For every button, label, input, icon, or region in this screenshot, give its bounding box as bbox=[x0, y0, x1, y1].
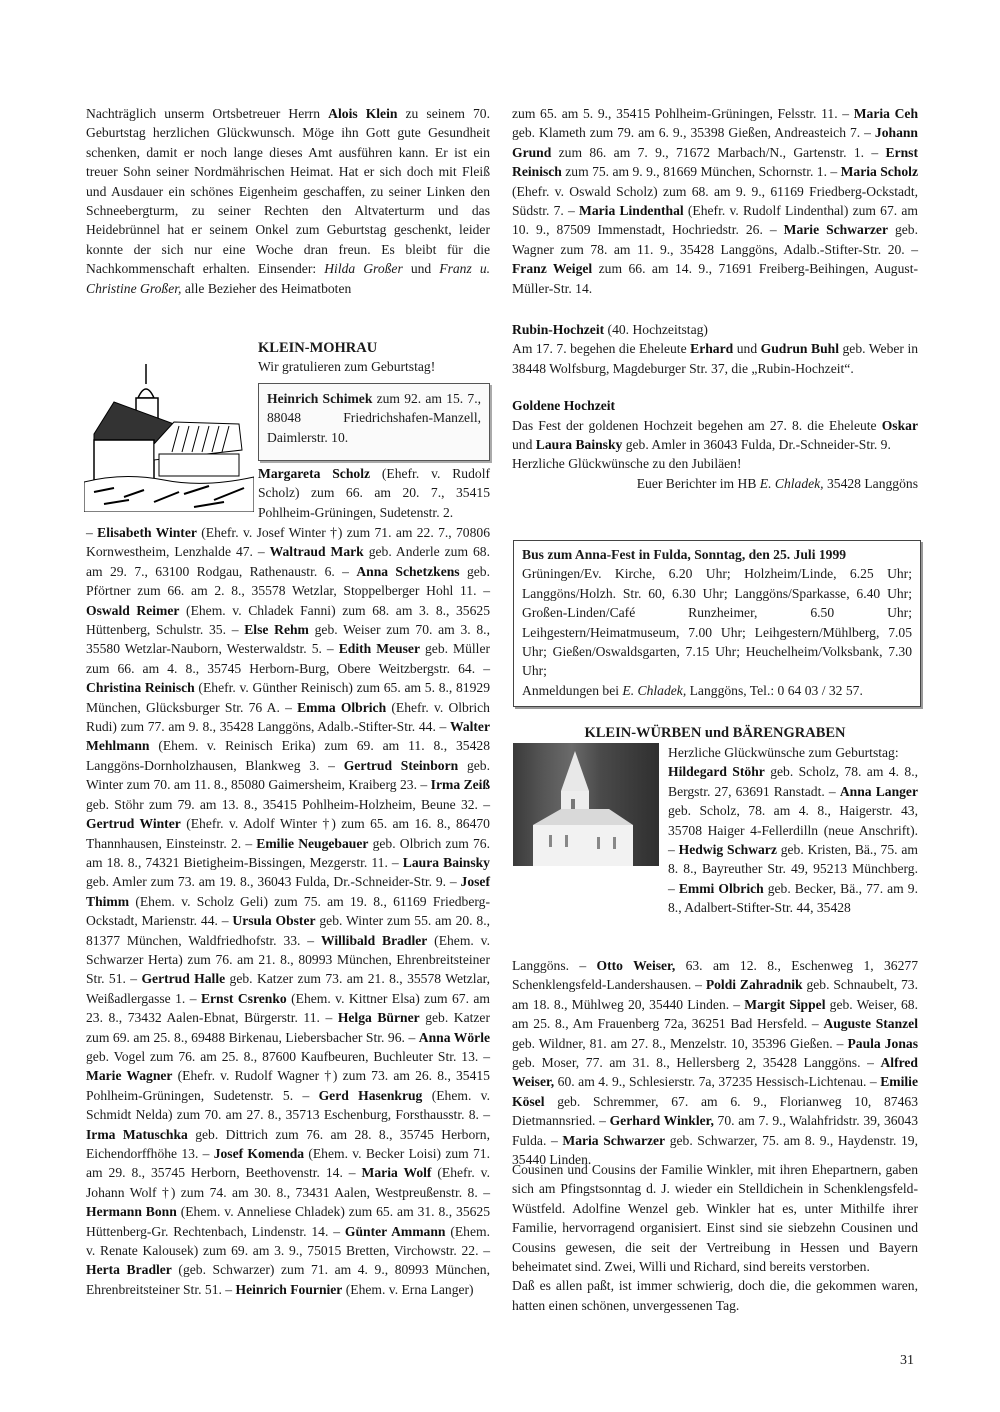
person-name: Günter Ammann bbox=[345, 1224, 446, 1239]
rubin-heading: Rubin-Hochzeit bbox=[512, 322, 604, 337]
person-name: Erhard bbox=[690, 341, 733, 356]
person-name: Christina Reinisch bbox=[86, 680, 195, 695]
registration-text: Anmeldungen bei bbox=[522, 683, 622, 698]
person-name: Anna Schetzkens bbox=[356, 564, 459, 579]
person-name: Paula Jonas bbox=[848, 1036, 919, 1051]
birthday-list-continued: zum 65. am 5. 9., 35415 Pohlheim-Grüning… bbox=[512, 104, 918, 298]
rubin-paragraph: Rubin-Hochzeit (40. Hochzeitstag) Am 17.… bbox=[512, 320, 918, 378]
person-name: Gudrun Buhl bbox=[761, 341, 839, 356]
person-name: Heinrich Schimek bbox=[267, 391, 372, 406]
bus-title: Bus zum Anna-Fest in Fulda, Sonntag, den… bbox=[522, 547, 846, 562]
person-name: Irma Matuschka bbox=[86, 1127, 188, 1142]
person-name: Ernst Csrenko bbox=[201, 991, 287, 1006]
section-heading-klein-wuerben: KLEIN-WÜRBEN und BÄRENGRABEN bbox=[512, 725, 918, 742]
person-name: Oswald Reimer bbox=[86, 603, 179, 618]
rubin-heading-suffix: (40. Hochzeitstag) bbox=[604, 322, 708, 337]
person-name: Maria Schwarzer bbox=[562, 1133, 665, 1148]
entry-text: Langgöns. – bbox=[512, 958, 597, 973]
conjunction: und bbox=[512, 437, 536, 452]
person-name: Maria Ceh bbox=[854, 106, 918, 121]
entry-text: geb. Klameth zum 79. am 6. 9., 35398 Gie… bbox=[512, 125, 875, 140]
section-heading-klein-mohrau: KLEIN-MOHRAU bbox=[258, 340, 418, 357]
person-name: Laura Bainsky bbox=[536, 437, 623, 452]
signoff-text: 35428 Langgöns bbox=[824, 476, 918, 491]
person-name: Gertrud Halle bbox=[141, 971, 225, 986]
registration-text: Langgöns, Tel.: 0 64 03 / 32 57. bbox=[686, 683, 863, 698]
birthday-list-klein-mohrau: – Elisabeth Winter (Ehefr. v. Josef Wint… bbox=[86, 523, 490, 1299]
person-name: Hedwig Schwarz bbox=[679, 842, 777, 857]
bus-announcement-box: Bus zum Anna-Fest in Fulda, Sonntag, den… bbox=[513, 540, 921, 707]
person-name: Edith Meuser bbox=[339, 641, 420, 656]
dash: – bbox=[86, 525, 97, 540]
person-name: Else Rehm bbox=[244, 622, 309, 637]
signoff: Euer Berichter im HB E. Chladek, 35428 L… bbox=[512, 474, 918, 493]
entry-text: zum 75. am 9. 9., 81669 München, Schorns… bbox=[562, 164, 841, 179]
cousins-text: Cousinen und Cousins der Familie Winkler… bbox=[512, 1160, 918, 1276]
person-name: Emmi Olbrich bbox=[679, 881, 764, 896]
greeting-text: Herzliche Glückwünsche zum Geburtstag: bbox=[668, 745, 899, 760]
golden-heading: Goldene Hochzeit bbox=[512, 398, 615, 413]
person-name: Gertrud Steinborn bbox=[344, 758, 458, 773]
entry-text: geb. Moser, 77. am 31. 8., Hellersberg 2… bbox=[512, 1055, 880, 1070]
person-name: Anna Langer bbox=[840, 784, 918, 799]
person-name: Emma Olbrich bbox=[297, 700, 386, 715]
person-name: Waltraud Mark bbox=[270, 544, 364, 559]
person-name: Marie Schwarzer bbox=[784, 222, 888, 237]
intro-text: Nachträglich unserm Ortsbetreuer Herrn bbox=[86, 106, 328, 121]
entry-text: 60. am 4. 9., Schlesierstr. 7a, 37235 He… bbox=[554, 1074, 880, 1089]
highlight-box-heinrich-schimek: Heinrich Schimek zum 92. am 15. 7., 8804… bbox=[258, 383, 490, 461]
anniversaries-section: Rubin-Hochzeit (40. Hochzeitstag) Am 17.… bbox=[512, 320, 918, 493]
bus-schedule: Grüningen/Ev. Kirche, 6.20 Uhr; Holzheim… bbox=[522, 566, 912, 678]
klein-wuerben-list: Langgöns. – Otto Weiser, 63. am 12. 8., … bbox=[512, 956, 918, 1169]
page-number: 31 bbox=[900, 1353, 914, 1369]
person-name: Hildegard Stöhr bbox=[668, 764, 765, 779]
person-name: Margit Sippel bbox=[744, 997, 825, 1012]
person-name: Maria Scholz bbox=[841, 164, 918, 179]
signoff-text: Euer Berichter im HB bbox=[637, 476, 760, 491]
cousins-text: Daß es allen paßt, ist immer schwierig, … bbox=[512, 1276, 918, 1315]
person-name: Emilie Neugebauer bbox=[256, 836, 368, 851]
entry-text: geb. Stöhr zum 79. am 13. 8., 35415 Pohl… bbox=[86, 797, 490, 812]
entry-text: geb. Vogel zum 76. am 25. 8., 87600 Kauf… bbox=[86, 1049, 490, 1064]
person-name: Gerd Hasenkrug bbox=[319, 1088, 423, 1103]
golden-text: Das Fest der goldenen Hochzeit begehen a… bbox=[512, 418, 882, 433]
sender-label: Einsender: bbox=[258, 261, 324, 276]
klein-wuerben-intro: Herzliche Glückwünsche zum Geburtstag: H… bbox=[668, 743, 918, 918]
person-name: Heinrich Fournier bbox=[236, 1282, 343, 1297]
person-name: Marie Wagner bbox=[86, 1068, 172, 1083]
golden-paragraph: Goldene Hochzeit Das Fest der goldenen H… bbox=[512, 396, 918, 454]
chapel-photo bbox=[513, 743, 659, 866]
person-name: Josef Komenda bbox=[214, 1146, 304, 1161]
person-name: Elisabeth Winter bbox=[97, 525, 197, 540]
rubin-text: Am 17. 7. begehen die Eheleute bbox=[512, 341, 690, 356]
cousins-reunion-paragraph: Cousinen und Cousins der Familie Winkler… bbox=[512, 1160, 918, 1315]
person-name: Gertrud Winter bbox=[86, 816, 181, 831]
person-name: Irma Zeiß bbox=[431, 777, 490, 792]
section-subheading: Wir gratulieren zum Geburtstag! bbox=[258, 357, 498, 376]
person-name: Laura Bainsky bbox=[403, 855, 490, 870]
intro-paragraph: Nachträglich unserm Ortsbetreuer Herrn A… bbox=[86, 104, 490, 298]
entry-text: geb. Wildner, 81. am 27. 8., Menzelstr. … bbox=[512, 1036, 848, 1051]
person-name: Margareta Scholz bbox=[258, 466, 370, 481]
chapel-image-icon bbox=[513, 743, 659, 866]
person-name: Herta Bradler bbox=[86, 1262, 172, 1277]
entry-margareta-scholz: Margareta Scholz (Ehefr. v. Rudolf Schol… bbox=[258, 464, 490, 522]
entry-text: (Ehem. v. Erna Langer) bbox=[342, 1282, 473, 1297]
person-name: Oskar bbox=[882, 418, 918, 433]
sender-name: Hilda Großer bbox=[324, 261, 403, 276]
entry-text: zum 65. am 5. 9., 35415 Pohlheim-Grüning… bbox=[512, 106, 854, 121]
wishes-line: Herzliche Glückwünsche zu den Jubiläen! bbox=[512, 454, 918, 473]
person-name: Maria Lindenthal bbox=[579, 203, 684, 218]
church-illustration-icon bbox=[84, 362, 254, 512]
conjunction: und bbox=[403, 261, 440, 276]
person-name: Ursula Obster bbox=[232, 913, 315, 928]
person-name: Maria Wolf bbox=[362, 1165, 432, 1180]
person-name: Helga Bürner bbox=[338, 1010, 420, 1025]
contact-name: E. Chladek, bbox=[622, 683, 686, 698]
conjunction: und bbox=[733, 341, 760, 356]
golden-text: geb. Amler in 36043 Fulda, Dr.-Schneider… bbox=[622, 437, 891, 452]
person-name: Auguste Stanzel bbox=[823, 1016, 918, 1031]
honoree-name: Alois Klein bbox=[328, 106, 397, 121]
intro-text: zu seinem 70. Geburtstag herzlichen Glüc… bbox=[86, 106, 490, 276]
person-name: Willibald Bradler bbox=[321, 933, 427, 948]
person-name: Gerhard Winkler, bbox=[610, 1113, 714, 1128]
person-name: Poldi Zahradnik bbox=[706, 977, 803, 992]
author-name: E. Chladek, bbox=[760, 476, 824, 491]
intro-closing: alle Bezieher des Heimatboten bbox=[181, 281, 351, 296]
person-name: Otto Weiser, bbox=[597, 958, 676, 973]
person-name: Anna Wörle bbox=[419, 1030, 490, 1045]
entry-text: geb. Amler zum 73. am 19. 8., 36043 Fuld… bbox=[86, 874, 461, 889]
entry-text: zum 86. am 7. 9., 71672 Marbach/N., Gart… bbox=[551, 145, 885, 160]
person-name: Franz Weigel bbox=[512, 261, 592, 276]
person-name: Hermann Bonn bbox=[86, 1204, 177, 1219]
